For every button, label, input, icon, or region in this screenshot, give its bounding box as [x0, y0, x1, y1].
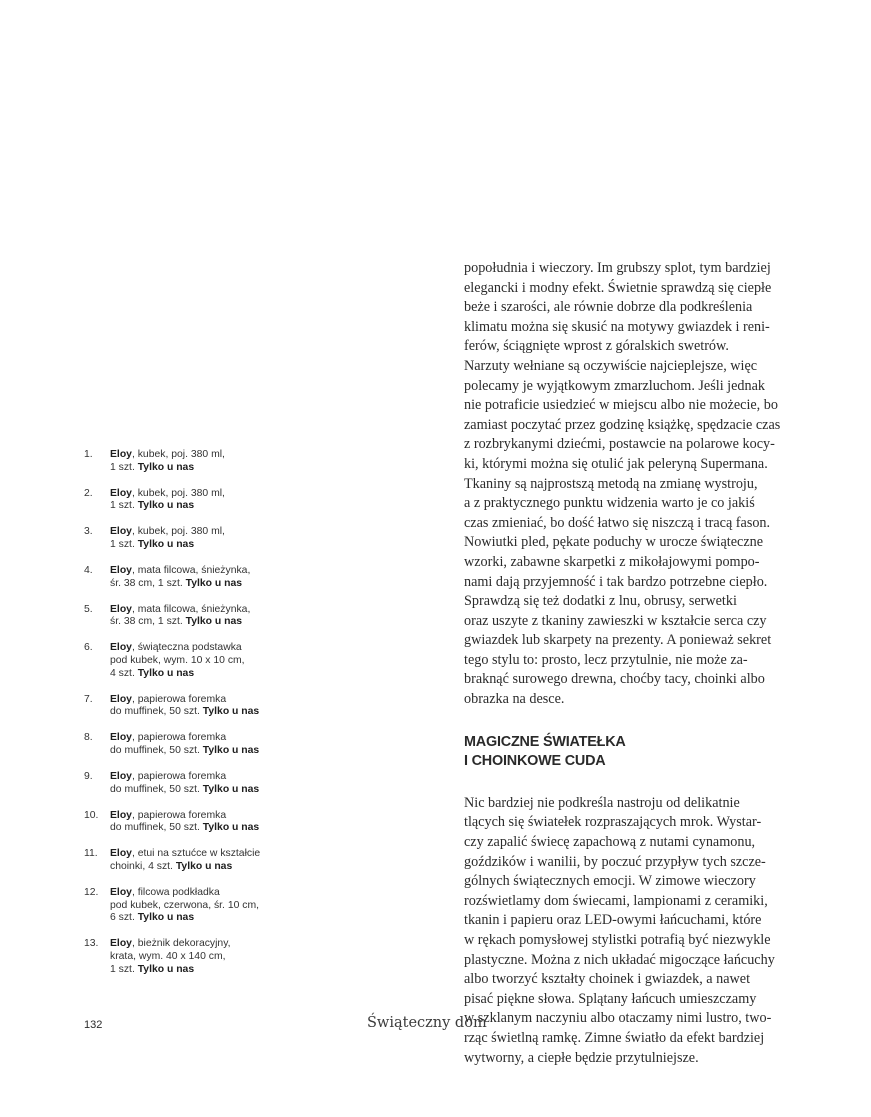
product-item: 3.Eloy, kubek, poj. 380 ml,1 szt. Tylko …	[84, 526, 314, 551]
item-number: 1.	[84, 449, 110, 474]
item-number: 12.	[84, 887, 110, 925]
brand-name: Eloy	[110, 604, 132, 615]
brand-name: Eloy	[110, 488, 132, 499]
article-paragraph-1: popołudnia i wieczory. Im grubszy splot,…	[464, 259, 794, 710]
heading-line: MAGICZNE ŚWIATEŁKA	[464, 733, 794, 753]
text-line: tlących się światełek rozpraszających mr…	[464, 813, 794, 833]
product-item: 4.Eloy, mata filcowa, śnieżynka,śr. 38 c…	[84, 565, 314, 590]
product-item: 6.Eloy, świąteczna podstawkapod kubek, w…	[84, 642, 314, 680]
item-number: 13.	[84, 938, 110, 976]
exclusive-badge: Tylko u nas	[186, 616, 242, 627]
product-item: 10.Eloy, papierowa foremkado muffinek, 5…	[84, 810, 314, 835]
text-line: a z praktycznego punktu widzenia warto j…	[464, 494, 794, 514]
exclusive-badge: Tylko u nas	[203, 706, 259, 717]
brand-name: Eloy	[110, 449, 132, 460]
text-line: popołudnia i wieczory. Im grubszy splot,…	[464, 259, 794, 279]
item-number: 10.	[84, 810, 110, 835]
text-line: tkanin i papieru oraz LED-owymi łańcucha…	[464, 911, 794, 931]
brand-name: Eloy	[110, 565, 132, 576]
heading-line: I CHOINKOWE CUDA	[464, 752, 794, 772]
exclusive-badge: Tylko u nas	[203, 822, 259, 833]
product-item: 1.Eloy, kubek, poj. 380 ml,1 szt. Tylko …	[84, 449, 314, 474]
text-line: czy zapalić świecę zapachową z nutami cy…	[464, 833, 794, 853]
book-page: 1.Eloy, kubek, poj. 380 ml,1 szt. Tylko …	[0, 0, 871, 1117]
exclusive-badge: Tylko u nas	[138, 500, 194, 511]
text-line: gwiazdek lub skarpety na prezenty. A pon…	[464, 631, 794, 651]
exclusive-badge: Tylko u nas	[138, 912, 194, 923]
product-item: 8.Eloy, papierowa foremkado muffinek, 50…	[84, 732, 314, 757]
item-description: Eloy, filcowa podkładkapod kubek, czerwo…	[110, 887, 314, 925]
item-description: Eloy, etui na sztućce w kształciechoinki…	[110, 848, 314, 873]
text-line: albo tworzyć kształty choinek i gwiazdek…	[464, 970, 794, 990]
text-line: braknąć surowego drewna, choćby tacy, ch…	[464, 670, 794, 690]
item-description: Eloy, mata filcowa, śnieżynka,śr. 38 cm,…	[110, 565, 314, 590]
exclusive-badge: Tylko u nas	[138, 964, 194, 975]
text-line: ki, którymi można się otulić jak peleryn…	[464, 455, 794, 475]
item-number: 11.	[84, 848, 110, 873]
text-line: gólnych świątecznych emocji. W zimowe wi…	[464, 872, 794, 892]
brand-name: Eloy	[110, 848, 132, 859]
article-paragraph-2: Nic bardziej nie podkreśla nastroju od d…	[464, 794, 794, 1068]
running-title: Świąteczny dom	[367, 1015, 487, 1031]
item-number: 3.	[84, 526, 110, 551]
brand-name: Eloy	[110, 694, 132, 705]
text-line: plastyczne. Można z nich układać migoczą…	[464, 951, 794, 971]
text-line: polecamy je wyjątkowym zmarzluchom. Jeśl…	[464, 377, 794, 397]
exclusive-badge: Tylko u nas	[203, 784, 259, 795]
text-line: w szklanym naczyniu albo otaczamy nimi l…	[464, 1009, 794, 1029]
item-number: 5.	[84, 604, 110, 629]
item-description: Eloy, papierowa foremkado muffinek, 50 s…	[110, 810, 314, 835]
text-line: elegancki i modny efekt. Świetnie sprawd…	[464, 279, 794, 299]
item-number: 9.	[84, 771, 110, 796]
item-description: Eloy, świąteczna podstawkapod kubek, wym…	[110, 642, 314, 680]
brand-name: Eloy	[110, 642, 132, 653]
product-item: 7.Eloy, papierowa foremkado muffinek, 50…	[84, 694, 314, 719]
product-item: 5.Eloy, mata filcowa, śnieżynka,śr. 38 c…	[84, 604, 314, 629]
text-line: Narzuty wełniane są oczywiście najcieple…	[464, 357, 794, 377]
item-number: 2.	[84, 488, 110, 513]
section-heading: MAGICZNE ŚWIATEŁKAI CHOINKOWE CUDA	[464, 733, 794, 772]
text-line: zamiast poczytać przez godzinę książkę, …	[464, 416, 794, 436]
item-number: 4.	[84, 565, 110, 590]
text-line: nami dają przyjemność i tak bardzo potrz…	[464, 573, 794, 593]
text-line: Nowiutki pled, pękate poduchy w urocze ś…	[464, 533, 794, 553]
text-line: Sprawdzą się też dodatki z lnu, obrusy, …	[464, 592, 794, 612]
product-item: 11.Eloy, etui na sztućce w kształciechoi…	[84, 848, 314, 873]
text-line: wytworny, a ciepłe będzie przytulniejsze…	[464, 1049, 794, 1069]
brand-name: Eloy	[110, 732, 132, 743]
text-line: ferów, ściągnięte wprost z góralskich sw…	[464, 337, 794, 357]
brand-name: Eloy	[110, 771, 132, 782]
item-description: Eloy, bieżnik dekoracyjny,krata, wym. 40…	[110, 938, 314, 976]
text-line: czas zmieniać, bo dość łatwo się niszczą…	[464, 514, 794, 534]
brand-name: Eloy	[110, 938, 132, 949]
item-description: Eloy, papierowa foremkado muffinek, 50 s…	[110, 694, 314, 719]
brand-name: Eloy	[110, 810, 132, 821]
text-line: z rozbrykanymi dziećmi, postawcie na pol…	[464, 435, 794, 455]
item-description: Eloy, kubek, poj. 380 ml,1 szt. Tylko u …	[110, 488, 314, 513]
exclusive-badge: Tylko u nas	[203, 745, 259, 756]
item-description: Eloy, kubek, poj. 380 ml,1 szt. Tylko u …	[110, 449, 314, 474]
exclusive-badge: Tylko u nas	[138, 539, 194, 550]
item-description: Eloy, papierowa foremkado muffinek, 50 s…	[110, 771, 314, 796]
item-number: 8.	[84, 732, 110, 757]
item-number: 7.	[84, 694, 110, 719]
text-line: klimatu można się skusić na motywy gwiaz…	[464, 318, 794, 338]
text-line: oraz uszyte z tkaniny zawieszki w kształ…	[464, 612, 794, 632]
text-line: goździków i wanilii, by poczuć przypływ …	[464, 853, 794, 873]
article-body: popołudnia i wieczory. Im grubszy splot,…	[464, 259, 794, 1068]
brand-name: Eloy	[110, 887, 132, 898]
text-line: Nic bardziej nie podkreśla nastroju od d…	[464, 794, 794, 814]
text-line: rząc świetlną ramkę. Zimne światło da ef…	[464, 1029, 794, 1049]
item-number: 6.	[84, 642, 110, 680]
text-line: nie potraficie usiedzieć w miejscu albo …	[464, 396, 794, 416]
exclusive-badge: Tylko u nas	[138, 462, 194, 473]
text-line: beże i szarości, ale równie dobrze dla p…	[464, 298, 794, 318]
exclusive-badge: Tylko u nas	[186, 578, 242, 589]
item-description: Eloy, kubek, poj. 380 ml,1 szt. Tylko u …	[110, 526, 314, 551]
product-item: 2.Eloy, kubek, poj. 380 ml,1 szt. Tylko …	[84, 488, 314, 513]
item-description: Eloy, mata filcowa, śnieżynka,śr. 38 cm,…	[110, 604, 314, 629]
text-line: wzorki, zabawne skarpetki z mikołajowymi…	[464, 553, 794, 573]
product-item: 13.Eloy, bieżnik dekoracyjny,krata, wym.…	[84, 938, 314, 976]
text-line: w rękach pomysłowej stylistki potrafią b…	[464, 931, 794, 951]
item-description: Eloy, papierowa foremkado muffinek, 50 s…	[110, 732, 314, 757]
text-line: obrazka na desce.	[464, 690, 794, 710]
product-item: 12.Eloy, filcowa podkładkapod kubek, cze…	[84, 887, 314, 925]
text-line: rozświetlamy dom świecami, lampionami z …	[464, 892, 794, 912]
brand-name: Eloy	[110, 526, 132, 537]
page-number: 132	[84, 1019, 102, 1031]
text-line: tego stylu to: prosto, lecz przytulnie, …	[464, 651, 794, 671]
product-credits-list: 1.Eloy, kubek, poj. 380 ml,1 szt. Tylko …	[84, 449, 314, 990]
text-line: Tkaniny są najprostszą metodą na zmianę …	[464, 475, 794, 495]
text-line: pisać piękne słowa. Splątany łańcuch umi…	[464, 990, 794, 1010]
exclusive-badge: Tylko u nas	[176, 861, 232, 872]
exclusive-badge: Tylko u nas	[138, 668, 194, 679]
product-item: 9.Eloy, papierowa foremkado muffinek, 50…	[84, 771, 314, 796]
